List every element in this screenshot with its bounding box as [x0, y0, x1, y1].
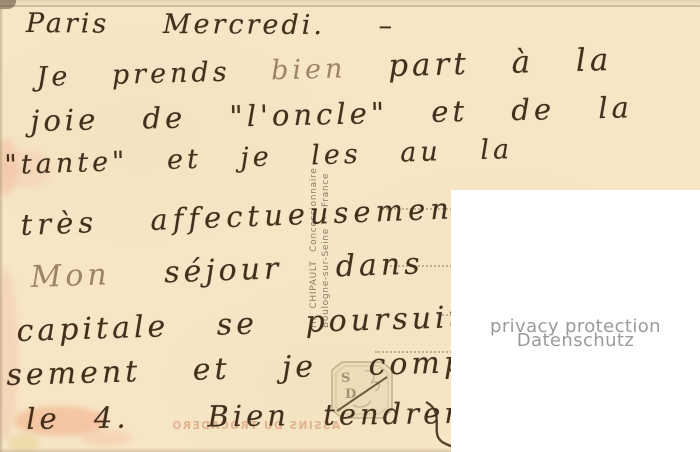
hw-line-dateline: Paris Mercredi. –: [26, 8, 395, 42]
hw-line-2: Je prends bien part à la: [36, 42, 613, 94]
hw-line-4: "tante" et je les au la: [4, 134, 514, 181]
hw-line-2-faint-word: bien: [271, 53, 347, 86]
hw-line-2-start: Je prends: [36, 55, 271, 93]
hw-line-8: sement et je compte: [6, 344, 505, 393]
hw-line-6-faint-word: Mon: [30, 257, 111, 295]
privacy-overlay: privacy protection Datenschutz: [451, 190, 700, 452]
hw-line-6: Mon séjour dans la: [30, 243, 513, 295]
hw-line-7: capitale se poursuit: [16, 300, 465, 349]
hw-line-3: joie de "l'oncle" et de la: [30, 90, 633, 138]
scan-edge-top-line: [0, 5, 700, 7]
hw-line-2-end: part à la: [346, 42, 613, 85]
hw-line-5: très affectueusement: [20, 191, 471, 242]
scan-edge-bottom: [0, 448, 451, 452]
scan-edge-left: [0, 0, 3, 452]
hw-line-9-date: le 4.: [26, 401, 130, 436]
privacy-text: privacy protection Datenschutz: [490, 320, 661, 347]
postcard-scan: H. CHIPAULT Concessionnaire Boulogne-sur…: [0, 0, 700, 452]
